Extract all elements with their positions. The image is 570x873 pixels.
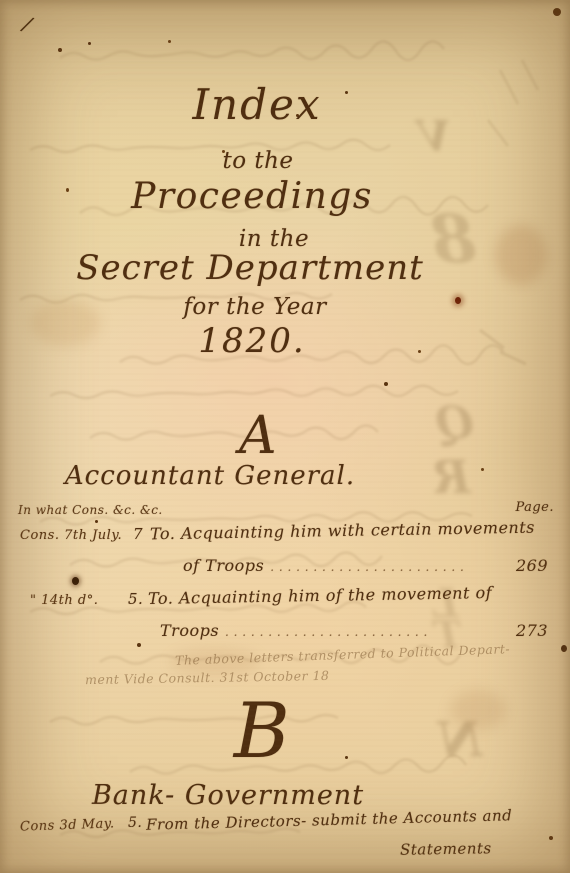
stain [495,225,547,285]
stain [553,8,561,16]
stain [345,91,348,94]
stain [30,300,100,346]
section-letter-a: A [239,406,277,466]
entry-text: Troops [160,621,219,640]
stain [450,690,506,730]
stain [58,48,62,52]
leader-dots: . . . . . . . . . . . . . . . . . . . . … [225,625,510,639]
title-year: 1820. [198,321,305,361]
entry-number: 5. [128,590,143,608]
column-header-page: Page. [515,500,554,515]
entry-text: of Troops [183,556,264,575]
stain [88,42,91,45]
entry-number: 7 [133,525,143,543]
title-line: to the [222,148,293,174]
title-line: for the Year [183,294,326,320]
page-title: Index [192,80,321,129]
bleedthrough-letter: R [432,450,470,504]
title-line: Secret Department [76,248,424,288]
stain [66,188,69,192]
entry-text-continued: of Troops . . . . . . . . . . . . . . . … [183,556,548,575]
stain [168,40,171,43]
stain [561,645,567,652]
entry-page-number: 273 [516,621,548,640]
column-header-consultation: In what Cons. &c. &c. [18,503,163,517]
entry-text-continued: Troops . . . . . . . . . . . . . . . . .… [160,621,548,640]
section-heading: Accountant General. [65,461,355,491]
bleedthrough-letter: 8 [430,200,476,278]
manuscript-page: V 8 Q R L T N / Index to the Proceedings… [0,0,570,873]
entry-page-number: 269 [516,556,548,575]
stain [384,382,388,386]
entry-date: " 14th d°. [30,593,98,608]
leader-dots: . . . . . . . . . . . . . . . . . . . . … [270,560,510,574]
entry-date: Cons. 7th July. [20,528,122,543]
stain [72,577,79,585]
section-heading: Bank- Government [92,780,364,811]
stain [418,350,421,353]
bleedthrough-letter: V [418,112,451,161]
bleedthrough-letter: Q [436,398,474,449]
stain [481,468,484,471]
stain [95,520,98,523]
title-line: Proceedings [131,176,373,217]
entry-text-continued: Statements [400,839,492,859]
entry-number: 5. [128,815,142,831]
stain [549,836,553,840]
section-letter-b: B [234,686,290,775]
stain [455,297,461,304]
stain [345,756,348,759]
stain [137,643,141,647]
